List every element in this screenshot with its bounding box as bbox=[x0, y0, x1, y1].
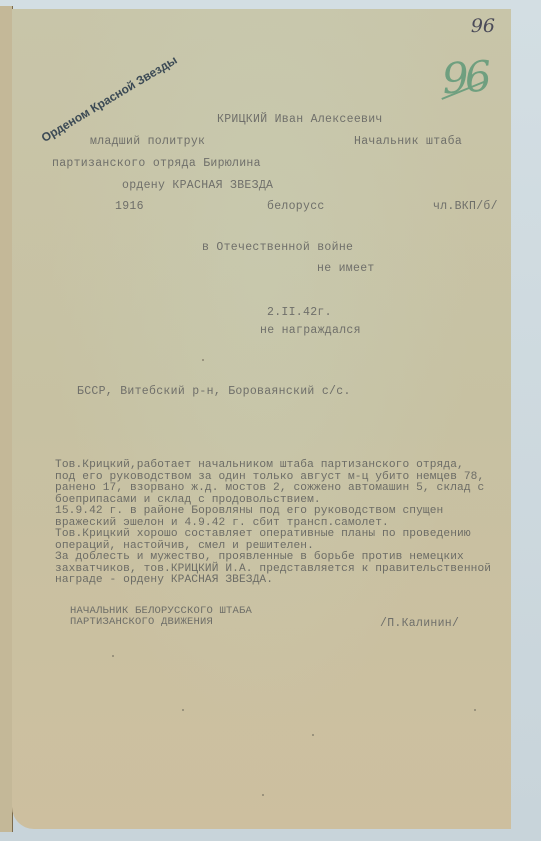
wounds-status: не имеет bbox=[317, 262, 375, 275]
unit-name: партизанского отряда Бирюлина bbox=[52, 157, 261, 170]
paper-speck bbox=[474, 709, 476, 711]
citation-line: За доблесть и мужество, проявленные в бо… bbox=[55, 552, 495, 564]
paper-speck bbox=[112, 655, 114, 657]
signatory-title-line2: ПАРТИЗАНСКОГО ДВИЖЕНИЯ bbox=[70, 617, 252, 628]
paper-speck bbox=[262, 794, 264, 796]
document-page: 96 96 Орденом Красной Звезды КРИЦКИЙ Ива… bbox=[12, 9, 511, 829]
citation-line: ранено 17, взорвано ж.д. мостов 2, сожже… bbox=[55, 483, 495, 495]
paper-speck bbox=[312, 734, 314, 736]
pencil-page-number: 96 bbox=[471, 15, 495, 37]
citation-line: Тов.Крицкий,работает начальником штаба п… bbox=[55, 460, 495, 472]
service-since-date: 2.II.42г. bbox=[267, 306, 332, 319]
citation-line: 15.9.42 г. в районе Боровляны под его ру… bbox=[55, 506, 495, 518]
signatory-name: /П.Калинин/ bbox=[380, 617, 459, 630]
nationality: белорусс bbox=[267, 200, 325, 213]
signatory-title: НАЧАЛЬНИК БЕЛОРУССКОГО ШТАБА ПАРТИЗАНСКО… bbox=[70, 606, 252, 628]
citation-line: Тов.Крицкий хорошо составляет оперативны… bbox=[55, 529, 495, 541]
award-stamp: Орденом Красной Звезды bbox=[39, 53, 180, 145]
military-rank: младший политрук bbox=[90, 135, 205, 148]
award-nominated: ордену КРАСНАЯ ЗВЕЗДА bbox=[122, 179, 273, 192]
paper-speck bbox=[182, 709, 184, 711]
party-membership: чл.ВКП/б/ bbox=[433, 200, 498, 213]
home-address: БССР, Витебский р-н, Бороваянский с/с. bbox=[77, 385, 351, 398]
citation-body: Тов.Крицкий,работает начальником штаба п… bbox=[55, 460, 495, 587]
position-title: Начальник штаба bbox=[354, 135, 462, 148]
full-name: КРИЦКИЙ Иван Алексеевич bbox=[217, 113, 383, 126]
birth-year: 1916 bbox=[115, 200, 144, 213]
previous-awards: не награждался bbox=[260, 324, 361, 337]
citation-line: награде - ордену КРАСНАЯ ЗВЕЗДА. bbox=[55, 575, 495, 587]
paper-speck bbox=[202, 359, 204, 361]
war-participation: в Отечественной войне bbox=[202, 241, 353, 254]
